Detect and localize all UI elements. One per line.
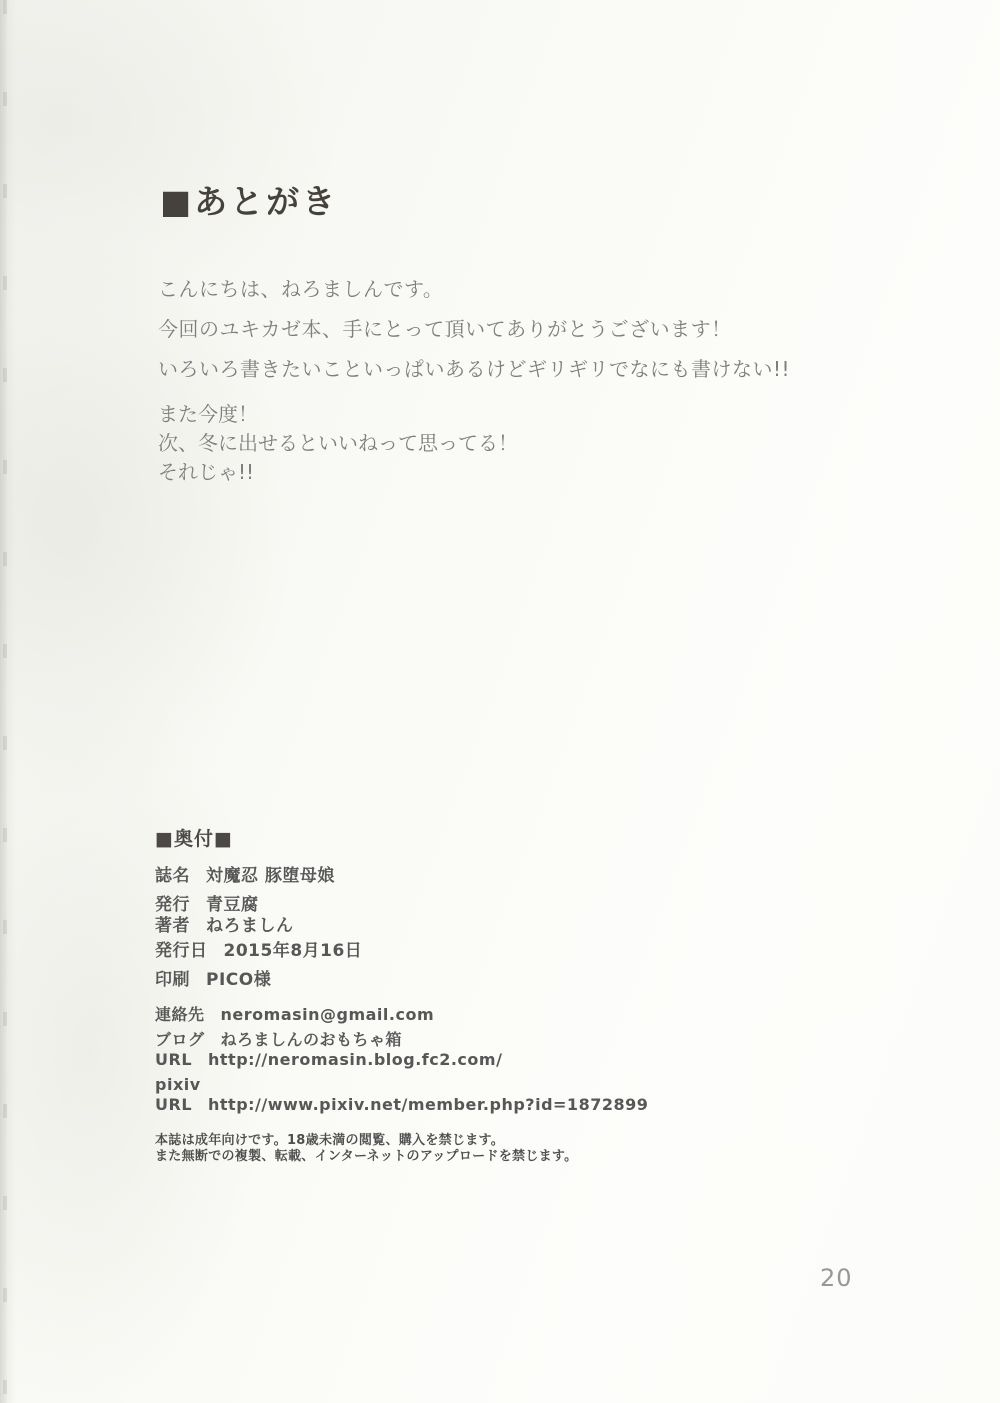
afterword-paragraph: 今回のユキカゼ本、手にとって頂いてありがとうございます！ [158,318,838,340]
colophon-label: ブログ [155,1030,205,1050]
colophon-row-pixiv-url: URL http://www.pixiv.net/member.php?id=1… [155,1095,715,1115]
colophon-email: neromasin@gmail.com [221,1005,435,1025]
colophon-row-author: 著者 ねろましん [155,916,715,936]
colophon-value: PICO様 [206,970,271,990]
colophon-value: 青豆腐 [206,895,259,915]
disclaimer-line: また無断での複製、転載、インターネットのアップロードを禁じます。 [155,1149,715,1165]
colophon-row-title: 誌名 対魔忍 豚堕母娘 [155,866,715,886]
age-restriction-disclaimer: 本誌は成年向けです。18歳未満の閲覧、購入を禁じます。 また無断での複製、転載、… [155,1133,715,1165]
colophon-row-publisher: 発行 青豆腐 [155,895,715,915]
colophon-row-publish-date: 発行日 2015年8月16日 [155,941,715,961]
colophon: ■奥付■ 誌名 対魔忍 豚堕母娘 発行 青豆腐 著者 ねろましん 発行日 201… [155,828,715,1165]
colophon-label: 発行 [155,895,190,915]
afterword-closing-line: また今度！ [158,398,838,427]
colophon-value: ねろましんのおもちゃ箱 [221,1030,403,1050]
scan-edge-artifacts [3,0,7,1403]
colophon-row-contact: 連絡先 neromasin@gmail.com [155,1005,715,1025]
colophon-value: 2015年8月16日 [224,941,363,961]
colophon-label: URL [155,1050,192,1070]
colophon-url: http://www.pixiv.net/member.php?id=18728… [208,1095,648,1115]
colophon-label: 連絡先 [155,1005,205,1025]
colophon-heading: ■奥付■ [155,828,715,850]
afterword-paragraph: いろいろ書きたいこといっぱいあるけどギリギリでなにも書けない!! [158,358,838,380]
colophon-url: http://neromasin.blog.fc2.com/ [208,1050,502,1070]
disclaimer-line: 本誌は成年向けです。18歳未満の閲覧、購入を禁じます。 [155,1133,715,1149]
colophon-label: pixiv [155,1075,201,1095]
afterword-body: こんにちは、ねろましんです。 今回のユキカゼ本、手にとって頂いてありがとうござい… [158,278,838,503]
colophon-row-printer: 印刷 PICO様 [155,970,715,990]
afterword-heading: ■あとがき [160,176,338,223]
colophon-row-pixiv: pixiv [155,1075,715,1095]
colophon-label: 印刷 [155,970,190,990]
colophon-row-blog: ブログ ねろましんのおもちゃ箱 [155,1030,715,1050]
colophon-label: URL [155,1095,192,1115]
colophon-label: 誌名 [155,866,190,886]
colophon-label: 発行日 [155,941,208,961]
colophon-label: 著者 [155,916,190,936]
scanned-doujin-page: ■あとがき こんにちは、ねろましんです。 今回のユキカゼ本、手にとって頂いてあり… [0,0,1000,1403]
page-number: 20 [820,1264,853,1292]
colophon-row-blog-url: URL http://neromasin.blog.fc2.com/ [155,1050,715,1070]
afterword-paragraph: こんにちは、ねろましんです。 [158,278,838,300]
afterword-closing-line: 次、冬に出せるといいねって思ってる！ [158,427,838,456]
colophon-value: ねろましん [206,916,294,936]
colophon-value: 対魔忍 豚堕母娘 [206,866,335,886]
afterword-closing-line: それじゃ!! [158,456,838,485]
